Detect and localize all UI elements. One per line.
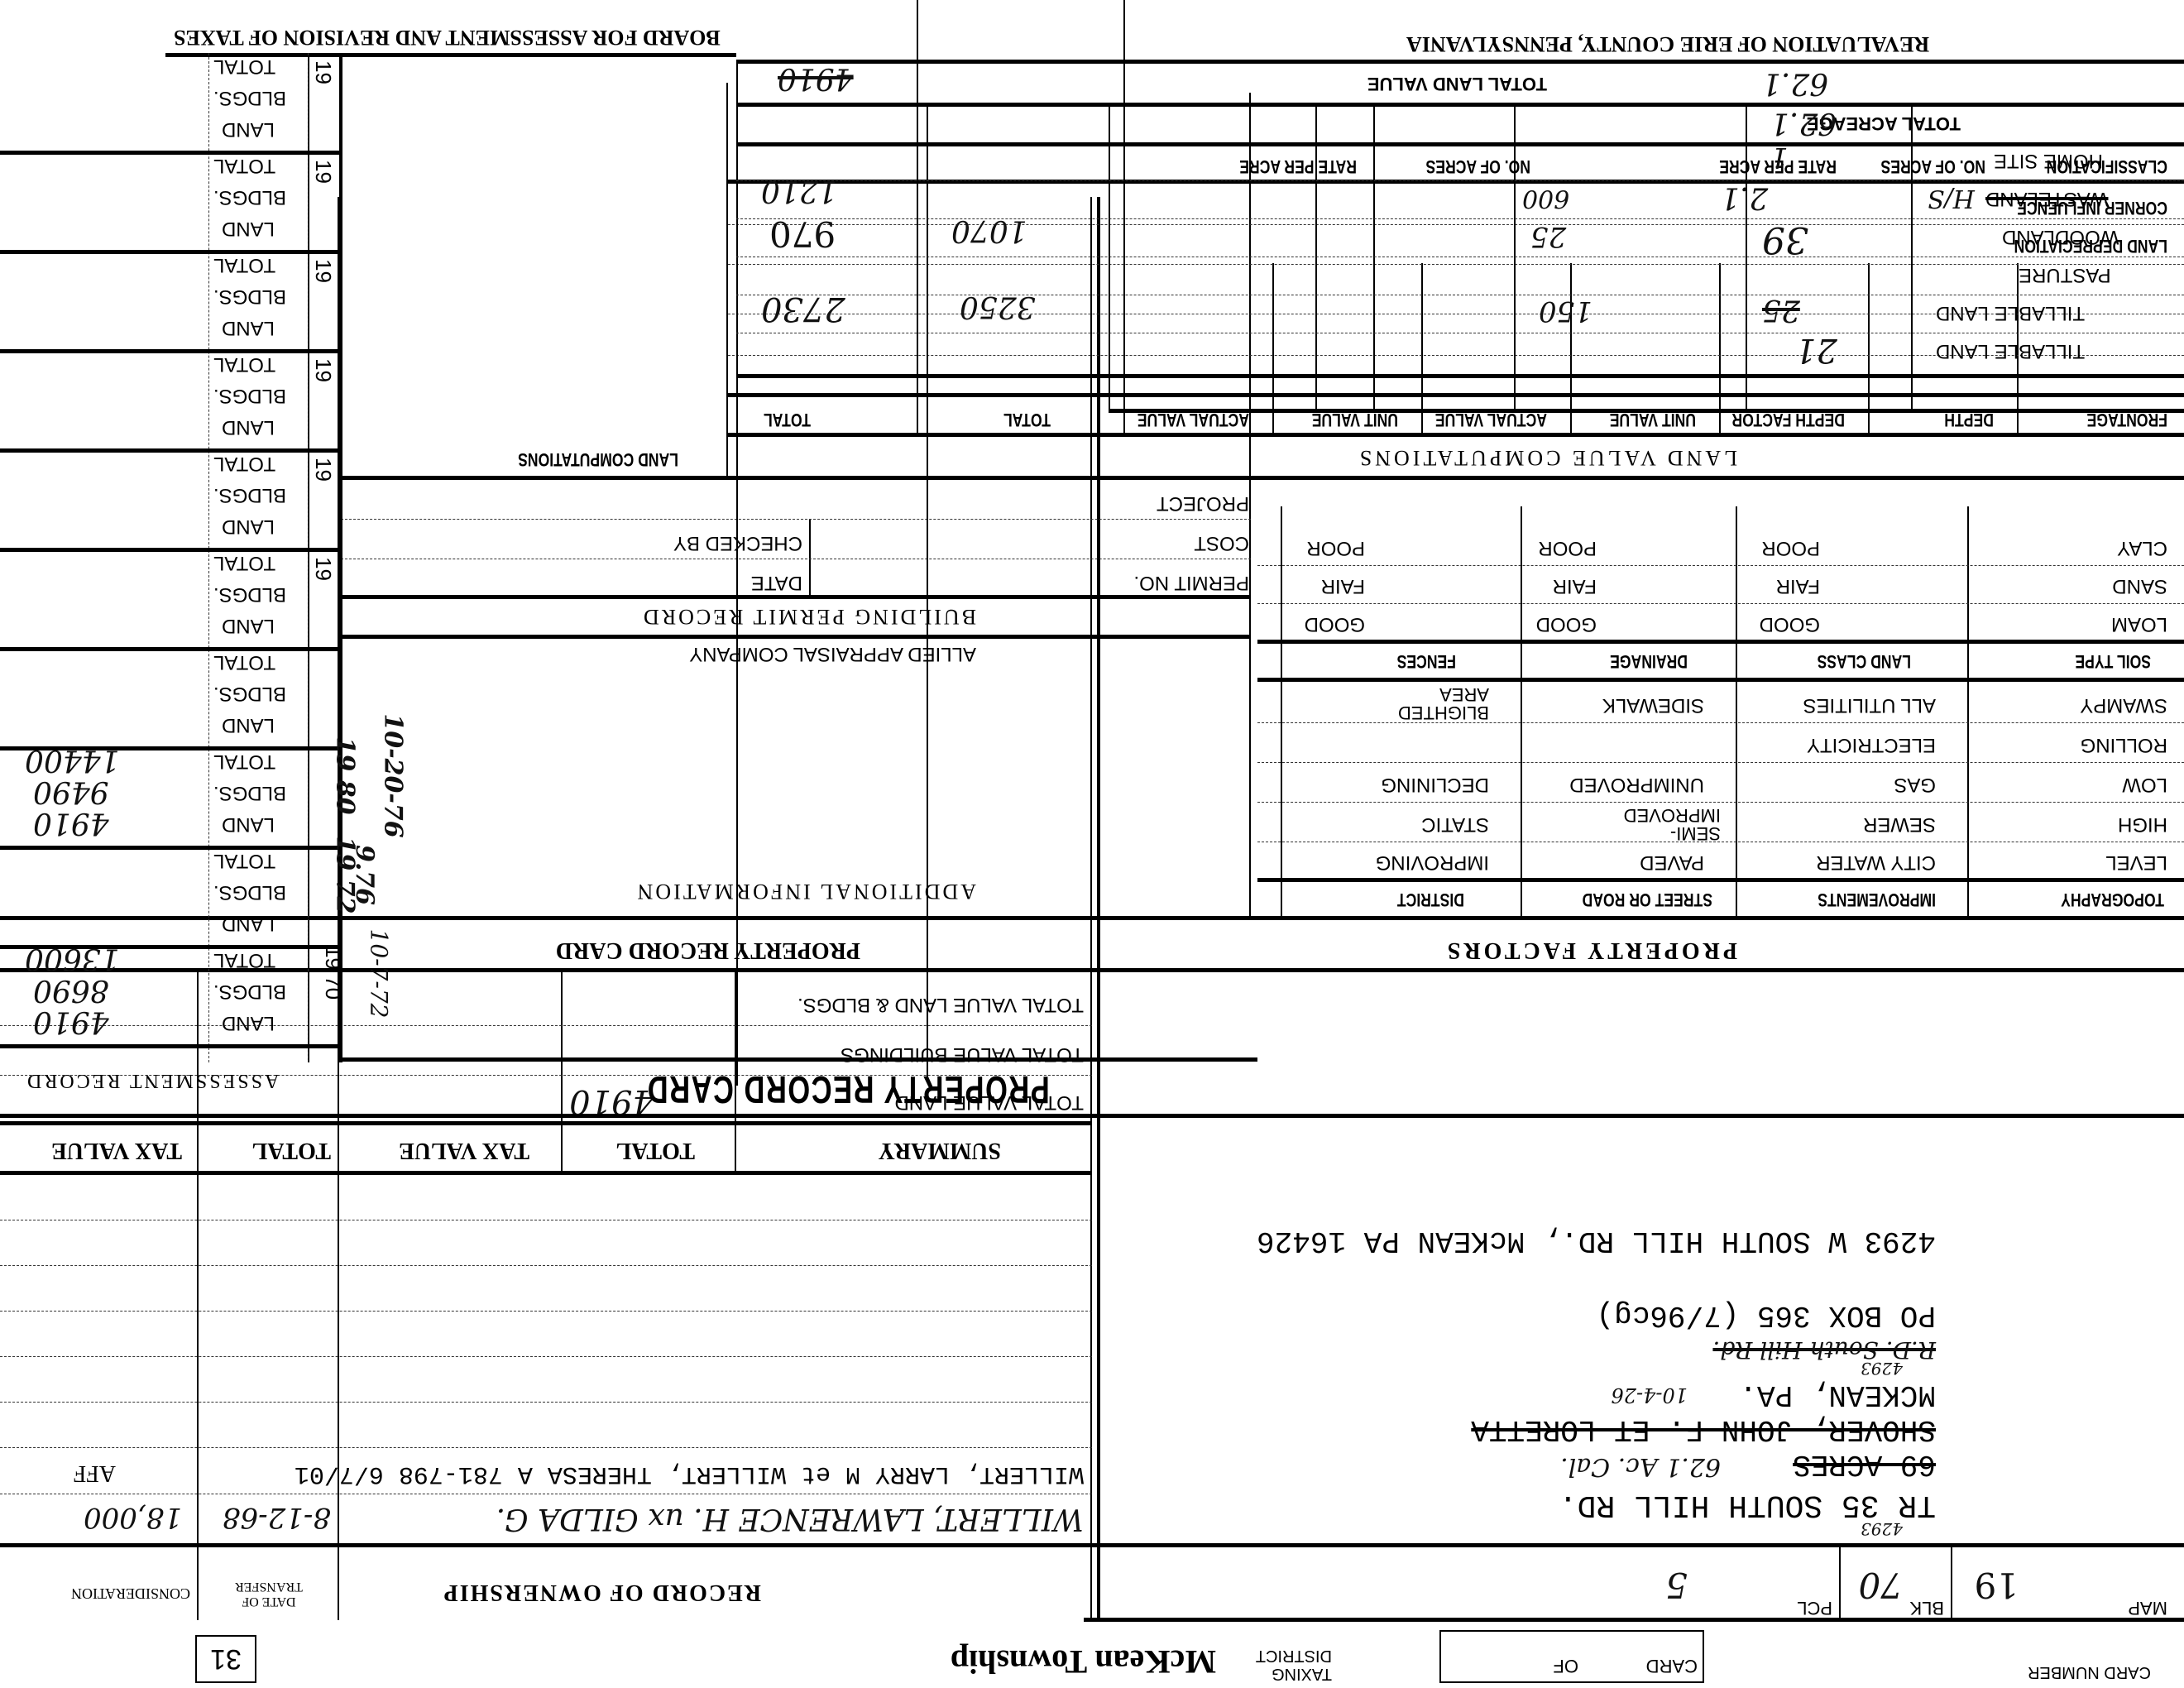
revaluation-title: REVALUATION OF ERIE COUNTY, PENNSYLVANIA [1406, 31, 1929, 56]
property-record-card-title: PROPERTY RECORD CARD [646, 1067, 1050, 1112]
total-land-value-label: TOTAL LAND VALUE [1367, 73, 1547, 94]
board-title: BOARD FOR ASSESSMENT AND REVISION OF TAX… [174, 25, 721, 50]
total-land-value-right: 4910 [778, 61, 854, 95]
total-acreage-value[interactable]: 62.1 [1770, 106, 1837, 140]
assessment-record-title: ASSESSMENT RECORD [25, 1069, 279, 1091]
total-land-value-hand: 62.1 [1762, 66, 1828, 100]
